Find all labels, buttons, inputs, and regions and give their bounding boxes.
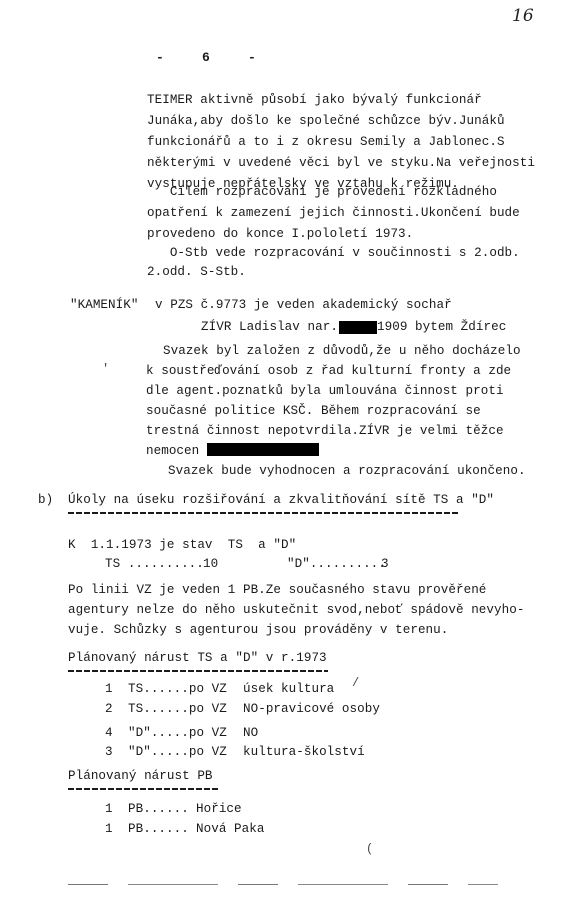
title-underline [68,512,458,514]
item-place: Hořice [196,799,242,819]
page-header-number: 6 [202,50,210,65]
item-type: TS......po VZ [128,679,227,699]
section-title: Úkoly na úseku rozšiřování a zkvalitňová… [68,490,494,510]
item-place: Nová Paka [196,819,264,839]
page-header-left-dash: - [156,50,164,65]
item-area: NO [243,723,258,743]
text-line: provedeno do konce I.pololetí 1973. [147,224,413,244]
subheading: Plánovaný nárust PB [68,766,213,786]
text-line: 1909 bytem Ždírec [377,317,506,337]
text-line: vuje. Schůzky s agenturou jsou prováděny… [68,620,448,640]
text-line: k soustřeďování osob z řad kulturní fron… [146,361,511,381]
item-count: 1 [105,679,113,699]
text-line: TEIMER aktivně působí jako bývalý funkci… [147,90,482,110]
item-count: 1 [105,819,113,839]
item-count: 4 [105,723,113,743]
ts-count-value: 10 [203,554,218,574]
scan-artifact-line [68,884,498,885]
item-type: "D".....po VZ [128,742,227,762]
item-type: "D".....po VZ [128,723,227,743]
section-label: b) [38,490,53,510]
text-line: Po linii VZ je veden 1 PB.Ze současného … [68,580,486,600]
item-area: NO-pravicové osoby [243,699,380,719]
ts-count-label: TS .......... [105,554,204,574]
item-count: 3 [105,742,113,762]
text-line: trestná činnost nepotvrdila.ZÍVR je velm… [146,421,504,441]
page-header-right-dash: - [248,50,256,65]
text-line: dle agent.poznatků byla umlouvána činnos… [146,381,504,401]
subheading-underline [68,788,218,790]
redaction-illness [207,443,319,456]
check-mark: / [352,676,359,690]
item-count: 1 [105,799,113,819]
text-line: agentury nelze do něho uskutečnit svod,n… [68,600,524,620]
text-line: některými v uvedené věci byl ve styku.Na… [147,153,535,173]
text-line: Svazek bude vyhodnocen a rozpracování uk… [168,461,526,481]
item-area: kultura-školství [243,742,365,762]
text-line: v PZS č.9773 je veden akademický sochař [155,295,452,315]
text-line: opatření k zamezení jejich činnosti.Ukon… [147,203,520,223]
subheading-underline [68,670,328,672]
margin-mark: ( [366,842,373,856]
d-count-label: "D".......... [287,554,386,574]
status-line: K 1.1.1973 je stav TS a "D" [68,535,296,555]
subheading: Plánovaný nárust TS a "D" v r.1973 [68,648,327,668]
handwritten-page-number: 16 [512,6,534,26]
codename: "KAMENÍK" [70,295,138,315]
redaction-birthdate [339,321,377,334]
item-type: TS......po VZ [128,699,227,719]
item-area: úsek kultura [243,679,334,699]
text-line: Svazek byl založen z důvodů,že u něho do… [163,341,521,361]
text-line: Junáka,aby došlo ke společné schůzce býv… [147,111,505,131]
text-line: současné politice KSČ. Během rozpracován… [146,401,481,421]
item-type: PB...... [128,799,189,819]
d-count-value: 3 [381,554,389,574]
item-count: 2 [105,699,113,719]
text-line: 2.odd. S-Stb. [147,262,246,282]
text-line: nemocen [146,441,199,461]
text-line: O-Stb vede rozpracování v součinnosti s … [147,243,520,263]
margin-mark: ' [102,362,109,376]
text-line: ZÍVR Ladislav nar. [201,317,338,337]
text-line: funkcionářů a to i z okresu Semily a Jab… [147,132,505,152]
item-type: PB...... [128,819,189,839]
text-line: Cílem rozpracování je provedení rozkladn… [147,182,497,202]
